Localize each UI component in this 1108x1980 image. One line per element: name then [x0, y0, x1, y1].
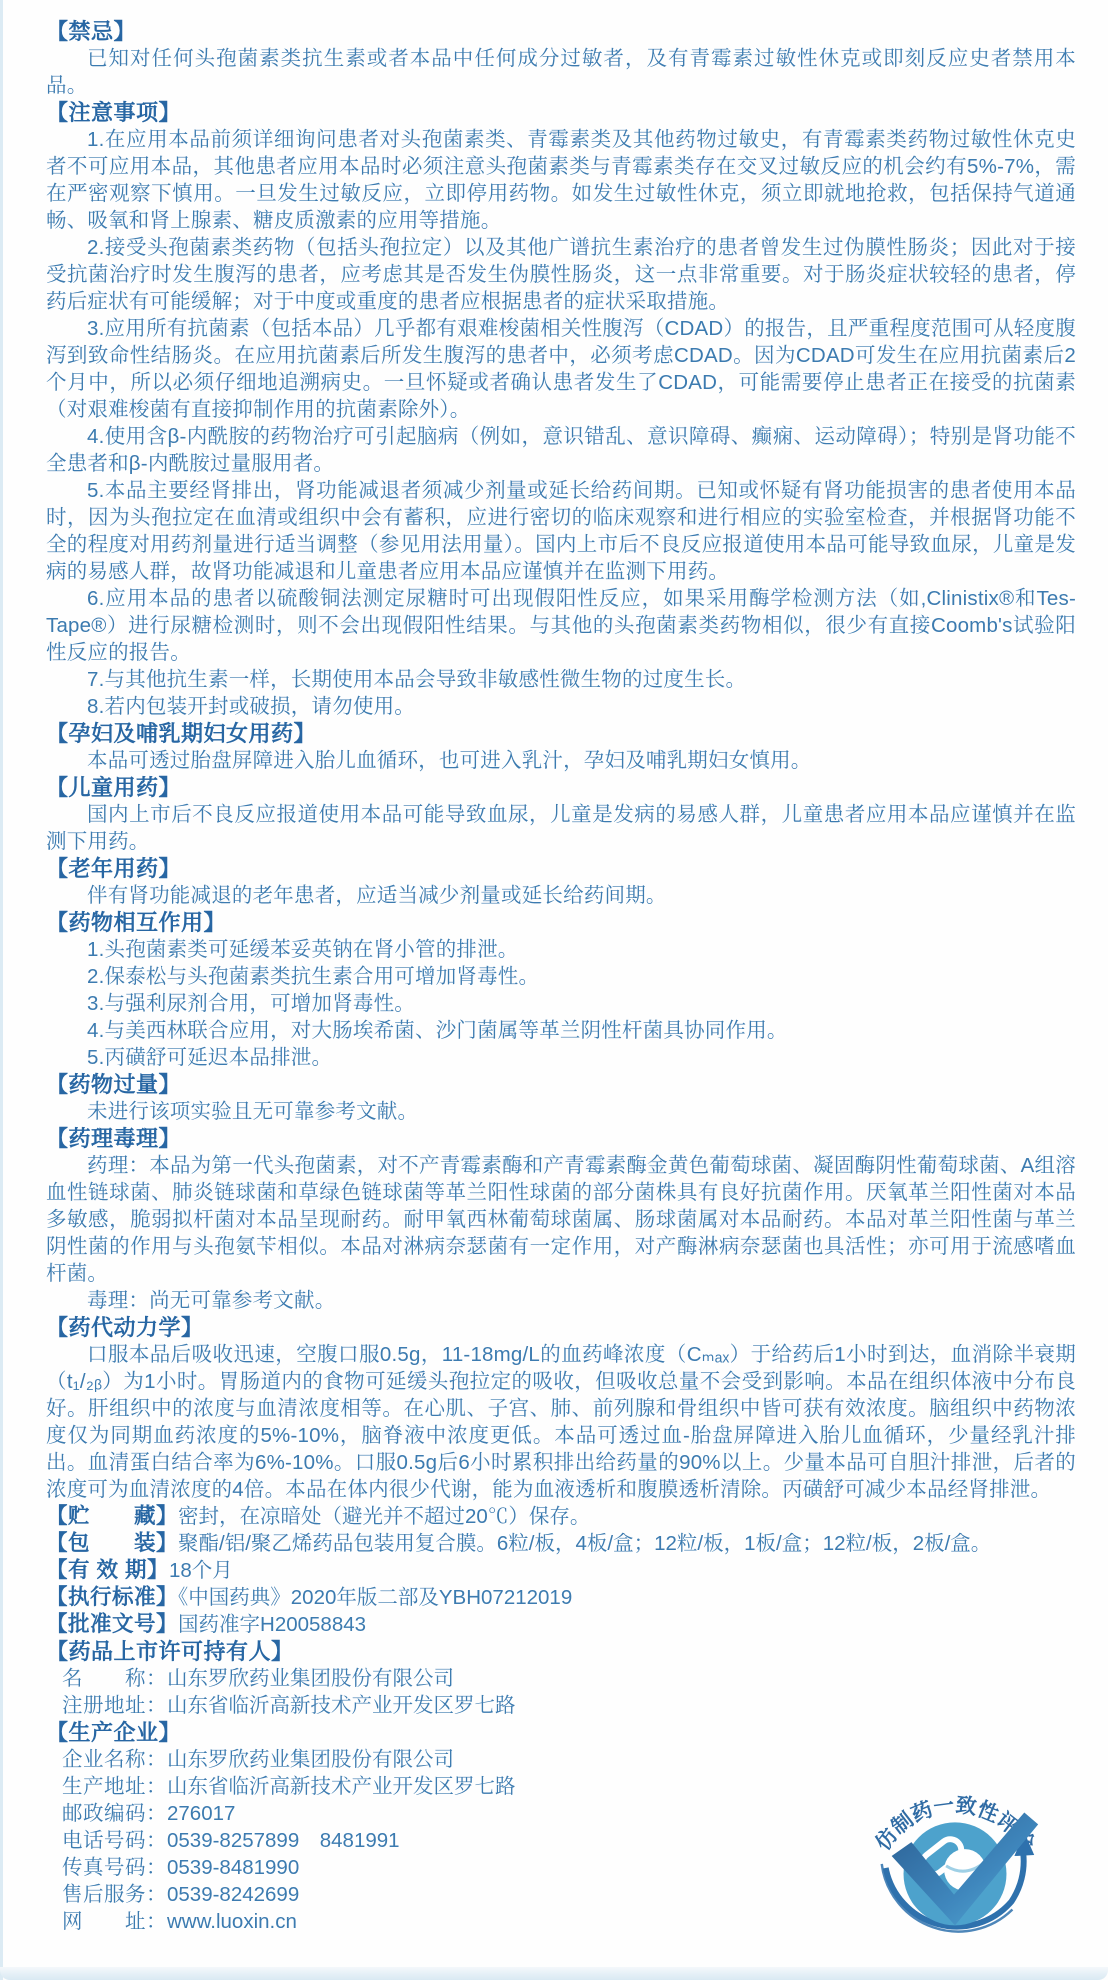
- paragraph: 口服本品后吸收迅速，空腹口服0.5g，11-18mg/L的血药峰浓度（Cₘₐₓ）…: [46, 1341, 1076, 1503]
- paragraph: 已知对任何头孢菌素类抗生素或者本品中任何成分过敏者，及有青霉素过敏性休克或即刻反…: [46, 45, 1076, 99]
- paragraph: 2.保泰松与头孢菌素类抗生素合用可增加肾毒性。: [46, 963, 1076, 990]
- section-heading: 【孕妇及哺乳期妇女用药】: [46, 720, 1076, 747]
- field-value: www.luoxin.cn: [167, 1910, 297, 1933]
- section-heading: 【药物过量】: [46, 1071, 1076, 1098]
- field-label: 网 址：: [62, 1910, 167, 1933]
- section-heading: 【注意事项】: [46, 99, 1076, 126]
- section-heading: 【药理毒理】: [46, 1125, 1076, 1152]
- entry-label: 【包 装】: [46, 1531, 178, 1555]
- entry-row: 【有 效 期】18个月: [46, 1557, 1076, 1584]
- field-value: 《中国药典》2020年版二部及YBH07212019: [178, 1586, 572, 1609]
- paragraph: 1.头孢菌素类可延缓苯妥英钠在肾小管的排泄。: [46, 936, 1076, 963]
- paragraph: 未进行该项实验且无可靠参考文献。: [46, 1098, 1076, 1125]
- field-label: 注册地址：: [62, 1694, 167, 1717]
- field-value: 国药准字H20058843: [178, 1613, 366, 1636]
- page-border-bottom: [0, 1967, 1108, 1980]
- paragraph: 4.与美西林联合应用，对大肠埃希菌、沙门菌属等革兰阴性杆菌具协同作用。: [46, 1017, 1076, 1044]
- field-label: 生产地址：: [62, 1775, 167, 1798]
- section-heading: 【儿童用药】: [46, 774, 1076, 801]
- section-heading: 【生产企业】: [46, 1719, 1076, 1746]
- field-value: 山东省临沂高新技术产业开发区罗七路: [167, 1775, 516, 1798]
- entry-label: 【执行标准】: [46, 1585, 178, 1609]
- field-value: 276017: [167, 1802, 235, 1825]
- leaflet-sections: 【禁忌】已知对任何头孢菌素类抗生素或者本品中任何成分过敏者，及有青霉素过敏性休克…: [46, 18, 1076, 1935]
- field-value: 0539-8257899 8481991: [167, 1829, 400, 1852]
- entry-label: 【有 效 期】: [46, 1558, 169, 1582]
- paragraph: 6.应用本品的患者以硫酸铜法测定尿糖时可出现假阳性反应，如果采用酶学检测方法（如…: [46, 585, 1076, 666]
- entry-row: 【批准文号】国药准字H20058843: [46, 1611, 1076, 1638]
- paragraph: 伴有肾功能减退的老年患者，应适当减少剂量或延长给药间期。: [46, 882, 1076, 909]
- paragraph: 3.应用所有抗菌素（包括本品）几乎都有艰难梭菌相关性腹泻（CDAD）的报告，且严…: [46, 315, 1076, 423]
- paragraph: 2.接受头孢菌素类药物（包括头孢拉定）以及其他广谱抗生素治疗的患者曾发生过伪膜性…: [46, 234, 1076, 315]
- field-label: 邮政编码：: [62, 1802, 167, 1825]
- section-heading: 【药物相互作用】: [46, 909, 1076, 936]
- paragraph: 药理：本品为第一代头孢菌素，对不产青霉素酶和产青霉素酶金黄色葡萄球菌、凝固酶阴性…: [46, 1152, 1076, 1287]
- field-value: 山东省临沂高新技术产业开发区罗七路: [167, 1694, 516, 1717]
- field-value: 18个月: [169, 1559, 233, 1582]
- entry-label: 【贮 藏】: [46, 1504, 178, 1528]
- field-label: 名 称：: [62, 1667, 167, 1690]
- section-heading: 【药品上市许可持有人】: [46, 1638, 1076, 1665]
- paragraph: 1.在应用本品前须详细询问患者对头孢菌素类、青霉素类及其他药物过敏史，有青霉素类…: [46, 126, 1076, 234]
- paragraph: 7.与其他抗生素一样，长期使用本品会导致非敏感性微生物的过度生长。: [46, 666, 1076, 693]
- paragraph: 5.本品主要经肾排出，肾功能减退者须减少剂量或延长给药间期。已知或怀疑有肾功能损…: [46, 477, 1076, 585]
- consistency-evaluation-logo: 仿制药一致性评价: [856, 1752, 1054, 1964]
- field-label: 传真号码：: [62, 1856, 167, 1879]
- field-row: 注册地址：山东省临沂高新技术产业开发区罗七路: [62, 1692, 1076, 1719]
- field-row: 名 称：山东罗欣药业集团股份有限公司: [62, 1665, 1076, 1692]
- paragraph: 5.丙磺舒可延迟本品排泄。: [46, 1044, 1076, 1071]
- field-value: 0539-8481990: [167, 1856, 299, 1879]
- field-value: 山东罗欣药业集团股份有限公司: [167, 1667, 454, 1690]
- field-label: 电话号码：: [62, 1829, 167, 1852]
- field-value: 0539-8242699: [167, 1883, 299, 1906]
- field-label: 企业名称：: [62, 1748, 167, 1771]
- entry-label: 【批准文号】: [46, 1612, 178, 1636]
- paragraph: 3.与强利尿剂合用，可增加肾毒性。: [46, 990, 1076, 1017]
- paragraph: 毒理：尚无可靠参考文献。: [46, 1287, 1076, 1314]
- paragraph: 国内上市后不良反应报道使用本品可能导致血尿，儿童是发病的易感人群，儿童患者应用本…: [46, 801, 1076, 855]
- field-value: 密封，在凉暗处（避光并不超过20℃）保存。: [178, 1505, 590, 1528]
- paragraph: 8.若内包装开封或破损，请勿使用。: [46, 693, 1076, 720]
- entry-row: 【执行标准】《中国药典》2020年版二部及YBH07212019: [46, 1584, 1076, 1611]
- field-value: 山东罗欣药业集团股份有限公司: [167, 1748, 454, 1771]
- entry-row: 【包 装】聚酯/铝/聚乙烯药品包装用复合膜。6粒/板，4板/盒；12粒/板，1板…: [46, 1530, 1076, 1557]
- field-label: 售后服务：: [62, 1883, 167, 1906]
- section-heading: 【禁忌】: [46, 18, 1076, 45]
- drug-leaflet-page: 【禁忌】已知对任何头孢菌素类抗生素或者本品中任何成分过敏者，及有青霉素过敏性休克…: [0, 0, 1108, 1980]
- paragraph: 本品可透过胎盘屏障进入胎儿血循环，也可进入乳汁，孕妇及哺乳期妇女慎用。: [46, 747, 1076, 774]
- paragraph: 4.使用含β-内酰胺的药物治疗可引起脑病（例如，意识错乱、意识障碍、癫痫、运动障…: [46, 423, 1076, 477]
- section-heading: 【老年用药】: [46, 855, 1076, 882]
- field-value: 聚酯/铝/聚乙烯药品包装用复合膜。6粒/板，4板/盒；12粒/板，1板/盒；12…: [178, 1532, 991, 1555]
- page-border-left: [0, 0, 3, 1980]
- entry-row: 【贮 藏】密封，在凉暗处（避光并不超过20℃）保存。: [46, 1503, 1076, 1530]
- section-heading: 【药代动力学】: [46, 1314, 1076, 1341]
